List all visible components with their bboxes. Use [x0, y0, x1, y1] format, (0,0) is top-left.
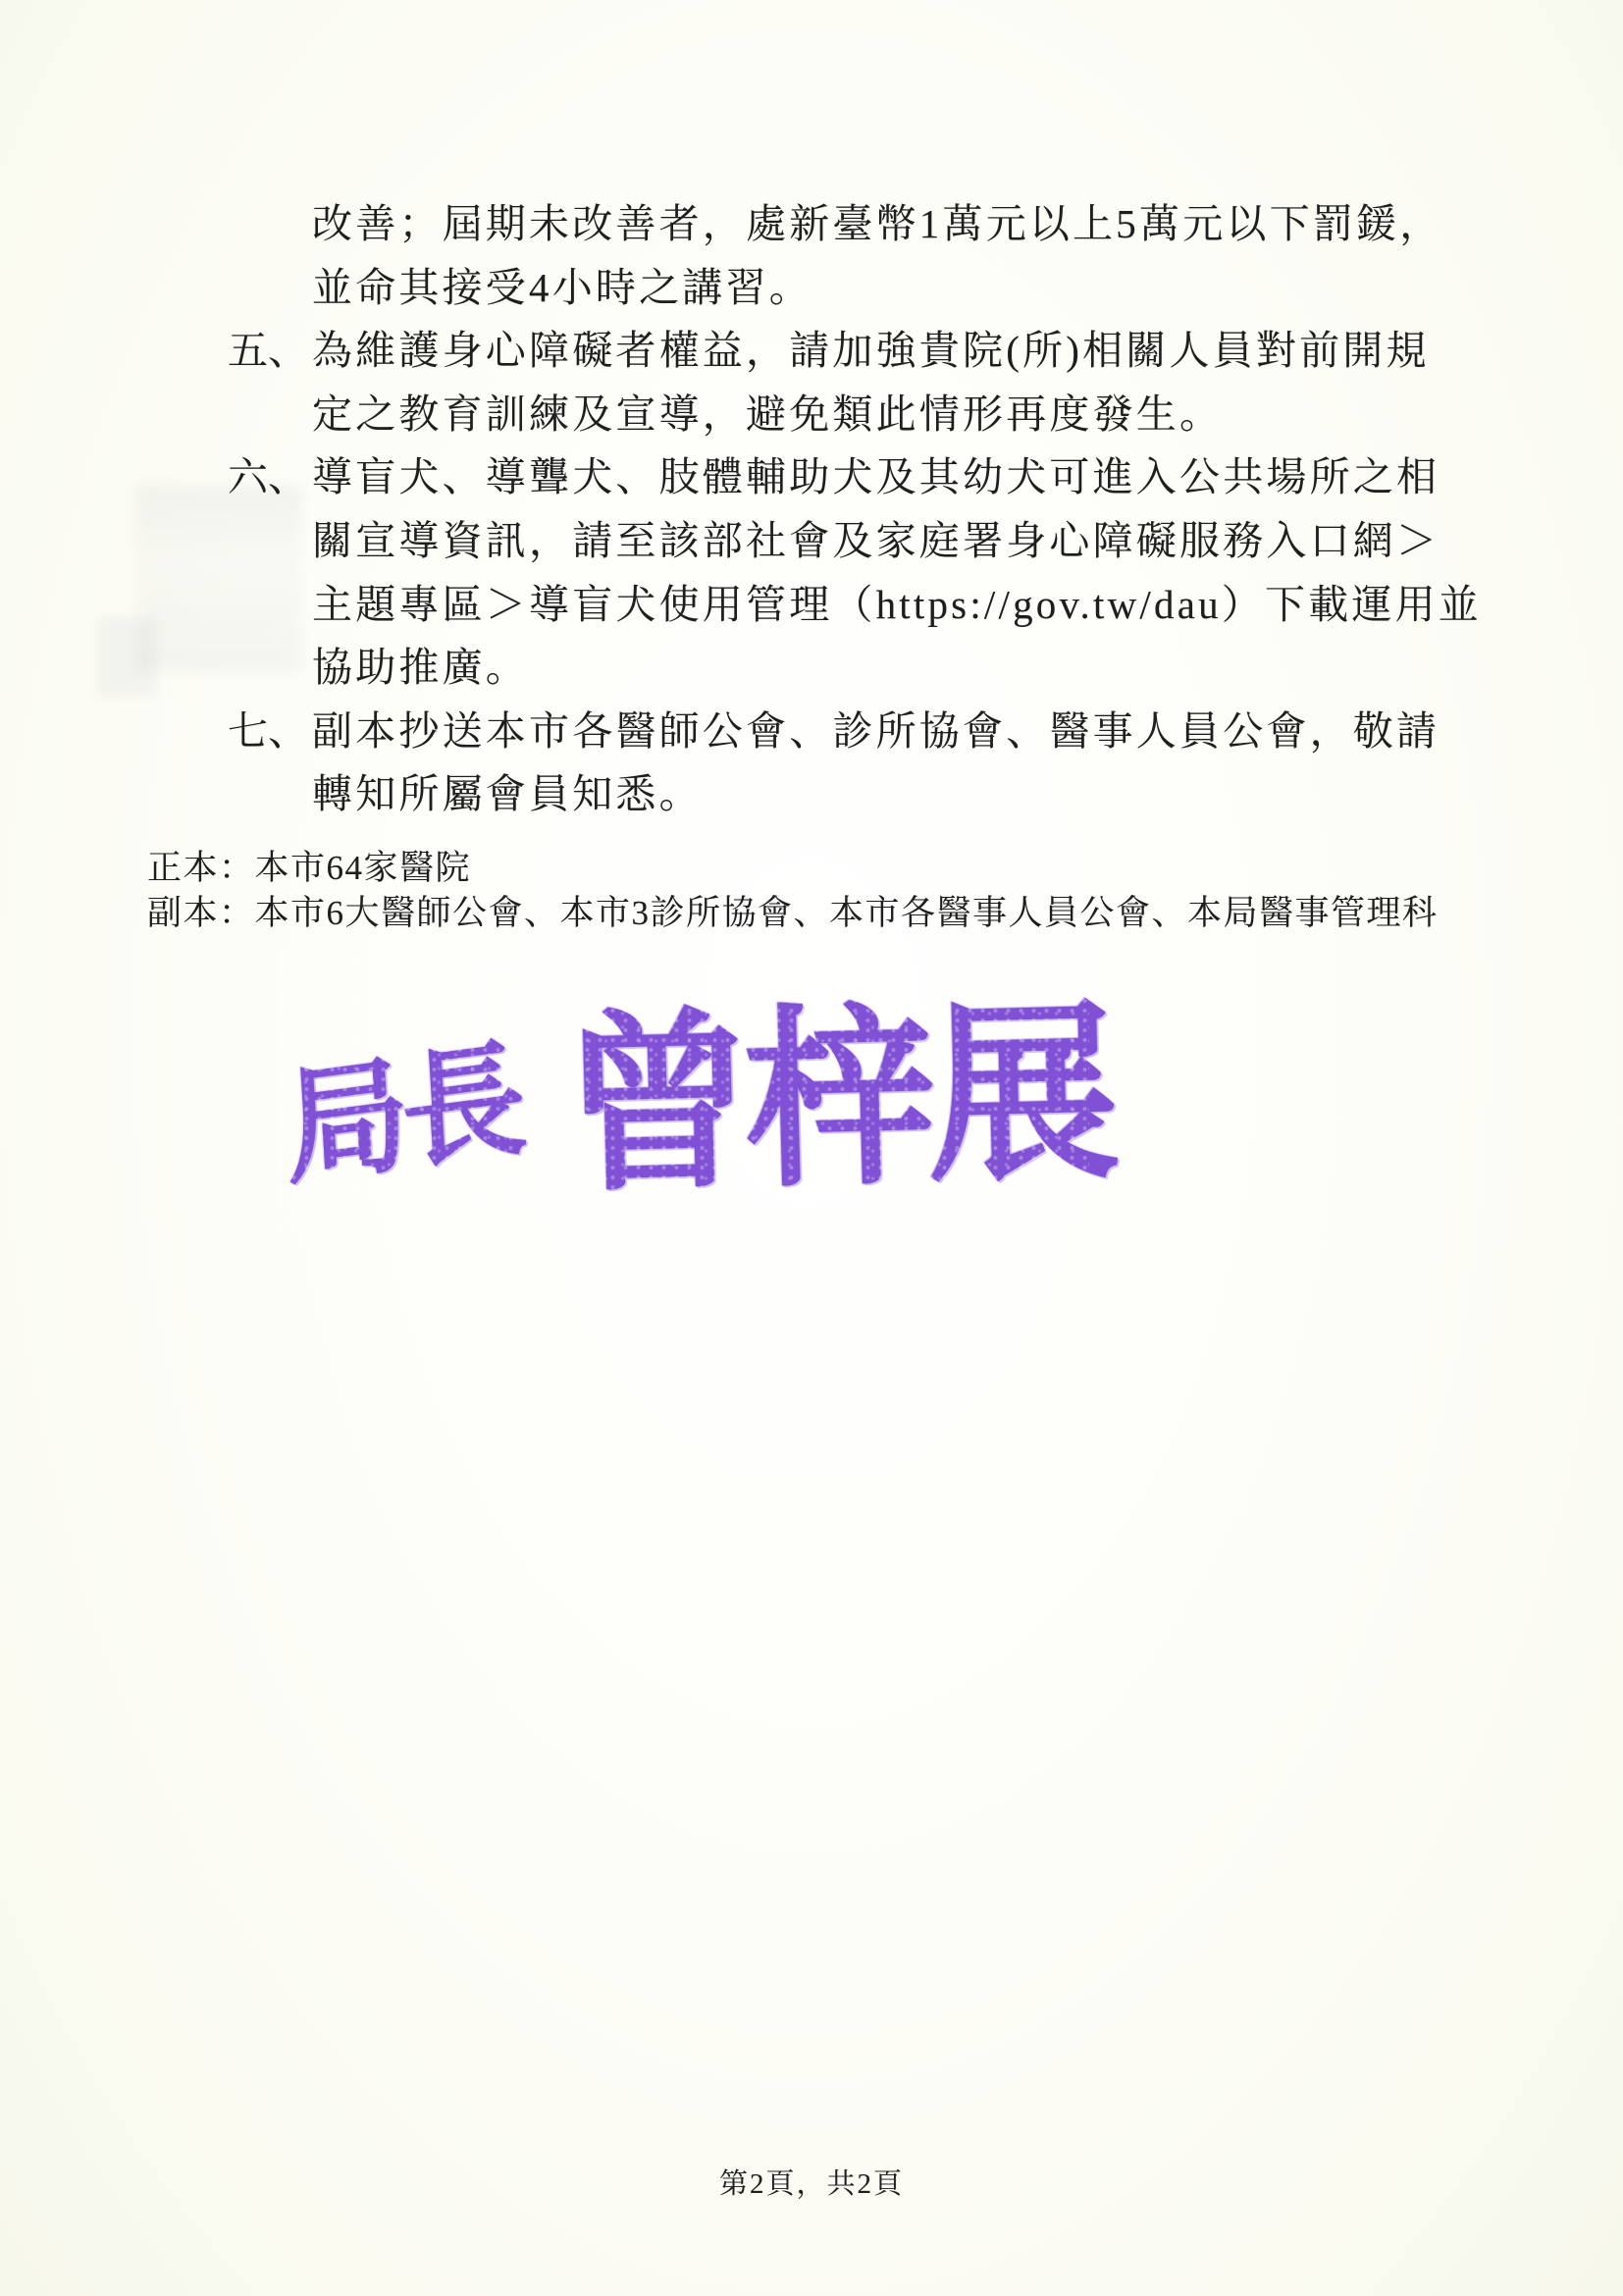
page-indicator: 第2頁，共2頁 [719, 2168, 904, 2200]
scanned-document-page: 改善；屆期未改善者，處新臺幣1萬元以上5萬元以下罰鍰， 並命其接受4小時之講習。… [0, 0, 1623, 2296]
scan-artifact [98, 618, 157, 697]
item-number: 六、 [228, 445, 312, 509]
body-line-text: 定之教育訓練及宣導，避免類此情形再度發生。 [312, 391, 1223, 437]
body-line: 改善；屆期未改善者，處新臺幣1萬元以上5萬元以下罰鍰， [228, 192, 1543, 256]
body-line: 六、導盲犬、導聾犬、肢體輔助犬及其幼犬可進入公共場所之相 [228, 445, 1543, 509]
copy-recipients-line: 副本：本市6大醫師公會、本市3診所協會、本市各醫事人員公會、本局醫事管理科 [147, 891, 1439, 936]
recipients-block: 正本：本市64家醫院 副本：本市6大醫師公會、本市3診所協會、本市各醫事人員公會… [147, 846, 1439, 936]
original-recipients-line: 正本：本市64家醫院 [147, 846, 1439, 891]
body-line: 七、副本抄送本市各醫師公會、診所協會、醫事人員公會，敬請 [228, 700, 1543, 763]
page-number-footer: 第2頁，共2頁 [0, 2162, 1623, 2202]
body-line: 並命其接受4小時之講習。 [228, 256, 1543, 320]
stamp-name: 曾梓展 [557, 938, 1112, 1229]
document-body: 改善；屆期未改善者，處新臺幣1萬元以上5萬元以下罰鍰， 並命其接受4小時之講習。… [228, 192, 1543, 826]
body-line: 轉知所屬會員知悉。 [228, 762, 1543, 826]
body-line-text: 關宣導資訊，請至該部社會及家庭署身心障礙服務入口網＞ [312, 518, 1440, 563]
body-line-text: 並命其接受4小時之講習。 [312, 265, 812, 310]
body-line: 協助推廣。 [228, 636, 1543, 700]
director-signature-stamp: 局長 曾梓展 [280, 946, 1113, 1227]
body-line: 主題專區＞導盲犬使用管理（https://gov.tw/dau）下載運用並 [228, 573, 1543, 637]
item-number: 七、 [228, 700, 312, 763]
body-line-text: 改善；屆期未改善者，處新臺幣1萬元以上5萬元以下罰鍰， [312, 201, 1442, 246]
body-line-text: 為維護身心障礙者權益，請加強貴院(所)相關人員對前開規 [312, 328, 1430, 373]
body-line: 關宣導資訊，請至該部社會及家庭署身心障礙服務入口網＞ [228, 509, 1543, 573]
body-line-text: 導盲犬、導聾犬、肢體輔助犬及其幼犬可進入公共場所之相 [312, 454, 1440, 499]
body-line-text: 轉知所屬會員知悉。 [312, 771, 703, 816]
body-line: 五、為維護身心障礙者權益，請加強貴院(所)相關人員對前開規 [228, 319, 1543, 383]
stamp-texture-overlay [275, 947, 1089, 1231]
item-number: 五、 [228, 319, 312, 383]
stamp-title: 局長 [279, 998, 523, 1209]
body-line: 定之教育訓練及宣導，避免類此情形再度發生。 [228, 383, 1543, 446]
body-line-text: 主題專區＞導盲犬使用管理（https://gov.tw/dau）下載運用並 [312, 582, 1482, 627]
body-line-text: 副本抄送本市各醫師公會、診所協會、醫事人員公會，敬請 [312, 708, 1440, 754]
body-line-text: 協助推廣。 [312, 645, 529, 690]
